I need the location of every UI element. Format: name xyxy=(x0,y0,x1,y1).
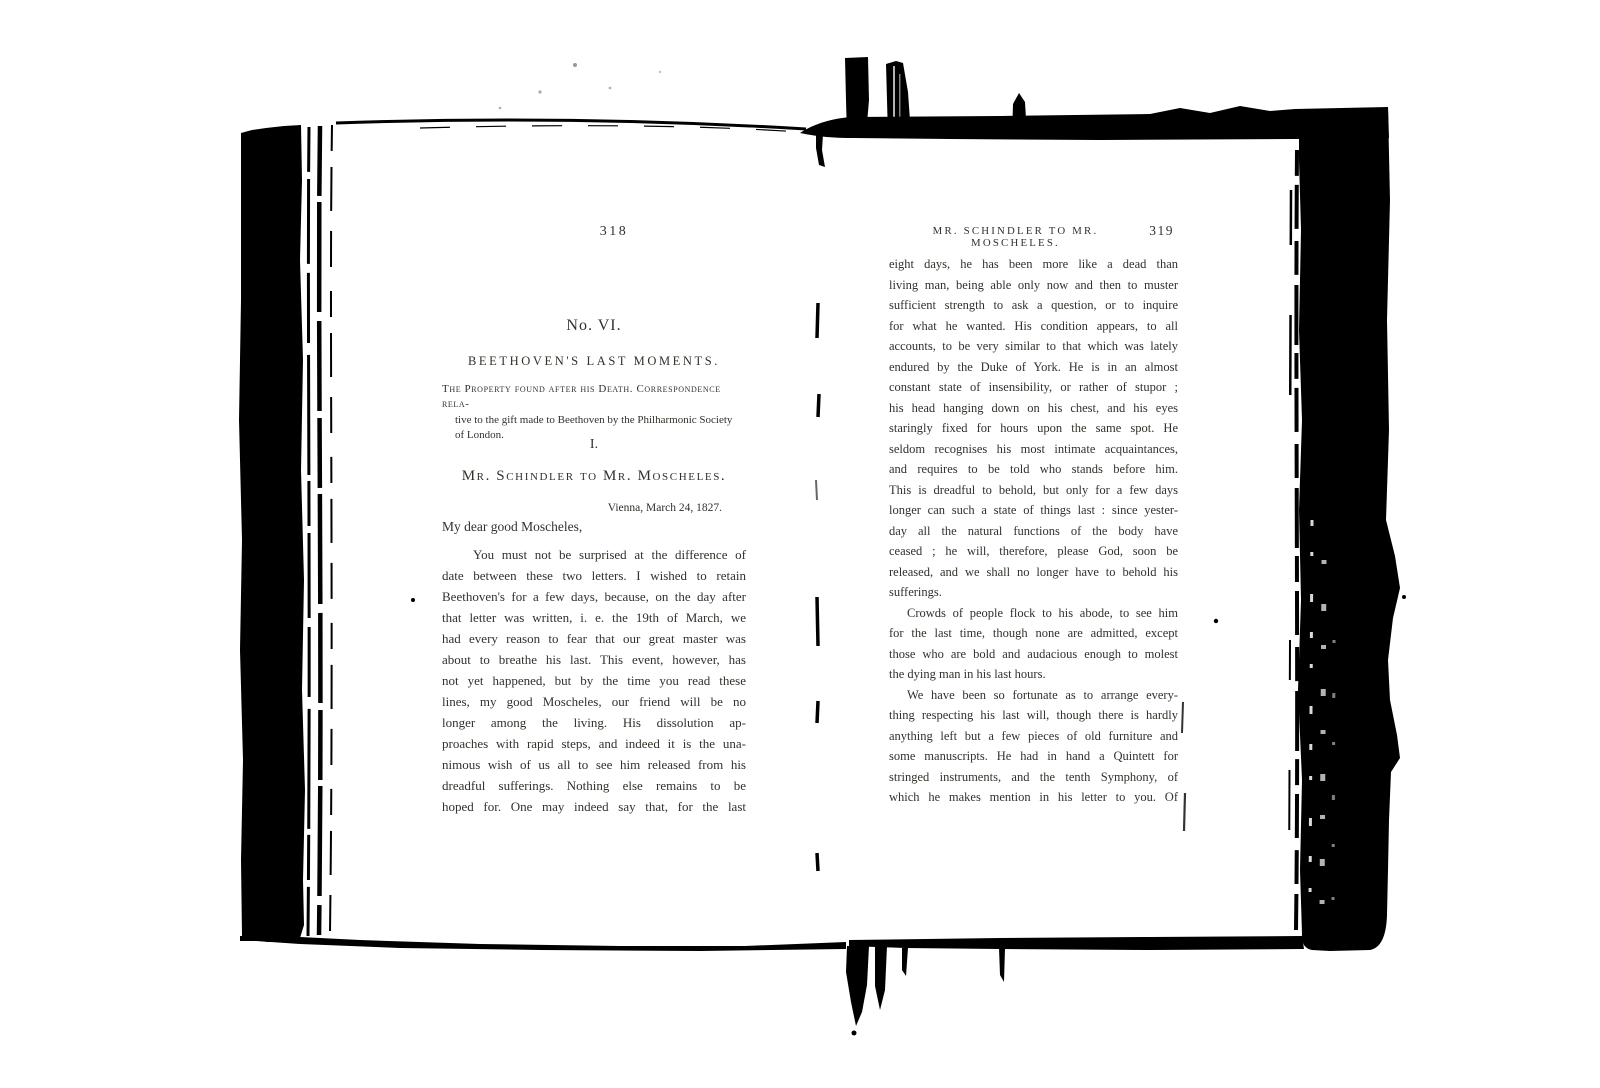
body-line: the dying man in his last hours. xyxy=(889,664,1178,685)
body-line: sufficient strength to ask a question, o… xyxy=(889,295,1178,316)
body-line: longer can such a state of things last :… xyxy=(889,500,1178,521)
body-line: not yet happened, but by the time you re… xyxy=(442,670,746,691)
body-line: living man, being able only now and then… xyxy=(889,275,1178,296)
body-line: sufferings. xyxy=(889,582,1178,603)
summary-line: The Property found after his Death. Corr… xyxy=(442,382,746,413)
body-line: endured by the Duke of York. He is in an… xyxy=(889,357,1178,378)
body-line: day all the natural functions of the bod… xyxy=(889,521,1178,542)
body-line: for the last time, though none are admit… xyxy=(889,623,1178,644)
right-page-number: 319 xyxy=(1149,223,1174,239)
left-page-number: 318 xyxy=(442,224,766,240)
body-line: seldom recognises his most intimate acqu… xyxy=(889,439,1178,460)
body-line: accounts, to be very similar to that whi… xyxy=(889,336,1178,357)
body-line: lines, my good Moscheles, our friend wil… xyxy=(442,691,746,712)
summary-line: tive to the gift made to Beethoven by th… xyxy=(442,413,746,428)
scan-ink-layer xyxy=(0,0,1600,1088)
section-number: No. VI. xyxy=(442,317,746,335)
body-line: eight days, he has been more like a dead… xyxy=(889,254,1178,275)
body-line: thing respecting his last will, though t… xyxy=(889,705,1178,726)
body-line: staringly fixed for hours upon the same … xyxy=(889,418,1178,439)
dateline: Vienna, March 24, 1827. xyxy=(442,502,746,514)
body-line: constant state of insensibility, or rath… xyxy=(889,377,1178,398)
letter-body: You must not be surprised at the differe… xyxy=(442,544,746,817)
salutation: My dear good Moscheles, xyxy=(442,519,746,535)
body-line: and requires to be told who stands befor… xyxy=(889,459,1178,480)
body-line: nimous wish of us all to see him release… xyxy=(442,754,746,775)
body-line: which he makes mention in his letter to … xyxy=(889,787,1178,808)
book-right-edge xyxy=(1289,108,1406,951)
book-left-edge xyxy=(239,125,332,942)
body-line: Crowds of people flock to his abode, to … xyxy=(889,603,1178,624)
chapter-title: BEETHOVEN'S LAST MOMENTS. xyxy=(442,354,746,369)
book-bottom-edge xyxy=(240,936,1304,1036)
page-body: eight days, he has been more like a dead… xyxy=(889,254,1178,808)
body-line: You must not be surprised at the differe… xyxy=(442,544,746,565)
body-line: We have been so fortunate as to arrange … xyxy=(889,685,1178,706)
book-scan-page: 318 No. VI. BEETHOVEN'S LAST MOMENTS. Th… xyxy=(0,0,1600,1088)
body-line: released, and we shall no longer have to… xyxy=(889,562,1178,583)
body-line: about to breathe his last. This event, h… xyxy=(442,649,746,670)
body-line: date between these two letters. I wished… xyxy=(442,565,746,586)
body-line: dreadful sufferings. Nothing else remain… xyxy=(442,775,746,796)
chapter-summary: The Property found after his Death. Corr… xyxy=(442,382,746,443)
letter-heading: Mr. Schindler to Mr. Moscheles. xyxy=(442,468,746,485)
body-line: had every reason to fear that our great … xyxy=(442,628,746,649)
book-top-edge xyxy=(336,120,806,132)
body-line: ceased ; he will, therefore, please God,… xyxy=(889,541,1178,562)
body-line: Beethoven's for a few days, because, on … xyxy=(442,586,746,607)
body-line: that letter was written, i. e. the 19th … xyxy=(442,607,746,628)
letter-number: I. xyxy=(442,437,746,453)
running-header-text: MR. SCHINDLER TO MR. MOSCHELES. xyxy=(889,225,1178,249)
running-header: MR. SCHINDLER TO MR. MOSCHELES. 319 xyxy=(889,225,1178,249)
body-line: hoped for. One may indeed say that, for … xyxy=(442,796,746,817)
body-line: stringed instruments, and the tenth Symp… xyxy=(889,767,1178,788)
body-line: those who are bold and audacious enough … xyxy=(889,644,1178,665)
body-line: longer among the living. His dissolution… xyxy=(442,712,746,733)
body-line: This is dreadful to behold, but only for… xyxy=(889,480,1178,501)
body-line: his head hanging down on his chest, and … xyxy=(889,398,1178,419)
body-line: some manuscripts. He had in hand a Quint… xyxy=(889,746,1178,767)
body-line: proaches with rapid steps, and indeed it… xyxy=(442,733,746,754)
body-line: anything left but a few pieces of old fu… xyxy=(889,726,1178,747)
body-line: for what he wanted. His condition appear… xyxy=(889,316,1178,337)
